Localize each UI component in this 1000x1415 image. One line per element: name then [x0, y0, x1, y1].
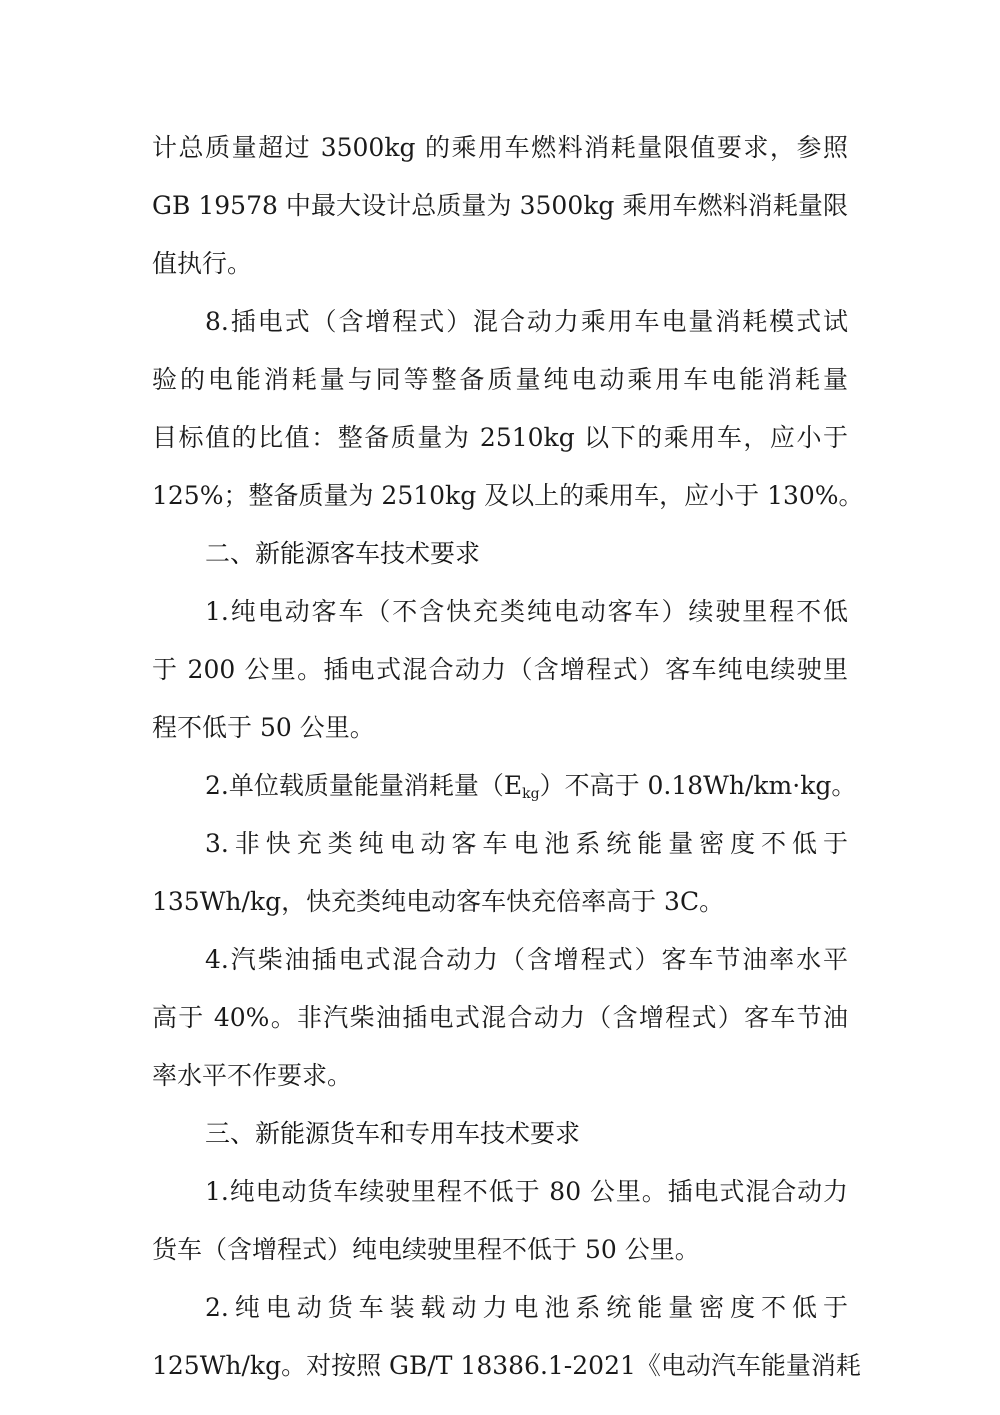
paragraph-line: 率水平不作要求。	[152, 1056, 848, 1096]
subscript: kg	[522, 786, 539, 802]
paragraph-line: 高于 40%。非汽柴油插电式混合动力（含增程式）客车节油	[152, 998, 848, 1038]
paragraph-line: 2.纯电动货车装载动力电池系统能量密度不低于	[205, 1288, 848, 1328]
text-fragment: ）不高于 0.18Wh/km·kg。	[540, 771, 857, 800]
paragraph-line: 货车（含增程式）纯电续驶里程不低于 50 公里。	[152, 1230, 848, 1270]
paragraph-line: 目标值的比值：整备质量为 2510kg 以下的乘用车，应小于	[152, 418, 848, 458]
text-fragment: 2.单位载质量能量消耗量（E	[205, 771, 522, 800]
paragraph-line: 计总质量超过 3500kg 的乘用车燃料消耗量限值要求，参照	[152, 128, 848, 168]
paragraph-line: 4.汽柴油插电式混合动力（含增程式）客车节油率水平	[205, 940, 848, 980]
paragraph-line: 2.单位载质量能量消耗量（Ekg）不高于 0.18Wh/km·kg。	[205, 766, 848, 806]
paragraph-line: 125%；整备质量为 2510kg 及以上的乘用车，应小于 130%。	[152, 476, 848, 516]
paragraph-line: 验的电能消耗量与同等整备质量纯电动乘用车电能消耗量	[152, 360, 848, 400]
paragraph-line: GB 19578 中最大设计总质量为 3500kg 乘用车燃料消耗量限	[152, 186, 848, 226]
paragraph-line: 程不低于 50 公里。	[152, 708, 848, 748]
paragraph-line: 8.插电式（含增程式）混合动力乘用车电量消耗模式试	[205, 302, 848, 342]
paragraph-line: 1.纯电动货车续驶里程不低于 80 公里。插电式混合动力	[205, 1172, 848, 1212]
paragraph-line: 3.非快充类纯电动客车电池系统能量密度不低于	[205, 824, 848, 864]
section-heading: 三、新能源货车和专用车技术要求	[205, 1114, 848, 1154]
document-page: 计总质量超过 3500kg 的乘用车燃料消耗量限值要求，参照 GB 19578 …	[0, 0, 1000, 1415]
paragraph-line: 值执行。	[152, 244, 848, 284]
paragraph-line: 于 200 公里。插电式混合动力（含增程式）客车纯电续驶里	[152, 650, 848, 690]
paragraph-line: 1.纯电动客车（不含快充类纯电动客车）续驶里程不低	[205, 592, 848, 632]
section-heading: 二、新能源客车技术要求	[205, 534, 848, 574]
paragraph-line: 135Wh/kg，快充类纯电动客车快充倍率高于 3C。	[152, 882, 848, 922]
paragraph-line: 125Wh/kg。对按照 GB/T 18386.1-2021《电动汽车能量消耗	[152, 1346, 848, 1386]
